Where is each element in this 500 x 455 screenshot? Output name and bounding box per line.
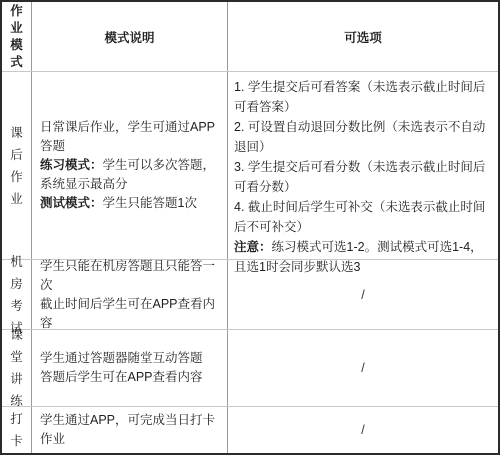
homework-mode-table: 作业模式 模式说明 可选项 课后作业 日常课后作业，学生可通过APP答题 练习模…	[0, 0, 500, 455]
option-item-4: 4. 截止时间后学生可补交（未选表示截止时间后不可补交）	[234, 197, 494, 237]
practice-mode-label: 练习模式：	[40, 158, 103, 172]
row-description-cell: 学生通过答题器随堂互动答题 答题后学生可在APP查看内容	[32, 330, 228, 406]
row-label: 课后作业	[9, 122, 24, 210]
option-item-1: 1. 学生提交后可看答案（未选表示截止时间后可看答案）	[234, 77, 494, 117]
description-test-mode: 测试模式：学生只能答题1次	[40, 194, 223, 213]
table-header-row: 作业模式 模式说明 可选项	[2, 2, 498, 72]
row-label-cell: 打卡	[2, 407, 32, 453]
options-placeholder: /	[361, 423, 364, 437]
description-line: 答题后学生可在APP查看内容	[40, 368, 223, 387]
options-placeholder: /	[361, 288, 364, 302]
row-description-cell: 学生只能在机房答题且只能答一次 截止时间后学生可在APP查看内容	[32, 260, 228, 329]
header-cell-options: 可选项	[228, 2, 498, 71]
option-item-2: 2. 可设置自动退回分数比例（未选表示不自动退回）	[234, 117, 494, 157]
options-placeholder: /	[361, 361, 364, 375]
header-cell-description: 模式说明	[32, 2, 228, 71]
table-row-after-class-homework: 课后作业 日常课后作业，学生可通过APP答题 练习模式：学生可以多次答题，系统显…	[2, 72, 498, 260]
table-row-classroom-practice: 课堂讲练 学生通过答题器随堂互动答题 答题后学生可在APP查看内容 /	[2, 330, 498, 407]
description-practice-mode: 练习模式：学生可以多次答题，系统显示最高分	[40, 156, 223, 194]
test-mode-text: 学生只能答题1次	[103, 196, 197, 210]
test-mode-label: 测试模式：	[40, 196, 103, 210]
row-description-cell: 学生通过APP，可完成当日打卡作业	[32, 407, 228, 453]
option-item-3: 3. 学生提交后可看分数（未选表示截止时间后可看分数）	[234, 157, 494, 197]
row-label-cell: 课堂讲练	[2, 330, 32, 406]
description-intro: 日常课后作业，学生可通过APP答题	[40, 118, 223, 156]
row-options-cell: /	[228, 330, 498, 406]
description-line: 学生通过答题器随堂互动答题	[40, 349, 223, 368]
table-row-check-in: 打卡 学生通过APP，可完成当日打卡作业 /	[2, 407, 498, 453]
row-label: 课堂讲练	[9, 324, 24, 412]
row-label: 打卡	[9, 408, 24, 452]
row-label-cell: 课后作业	[2, 72, 32, 259]
row-options-cell: /	[228, 260, 498, 329]
row-label-cell: 机房考试	[2, 260, 32, 329]
header-mode-label: 作业模式	[9, 3, 24, 71]
header-options-label: 可选项	[344, 28, 382, 46]
table-row-lab-exam: 机房考试 学生只能在机房答题且只能答一次 截止时间后学生可在APP查看内容 /	[2, 260, 498, 330]
description-line: 截止时间后学生可在APP查看内容	[40, 295, 223, 333]
description-line: 学生通过APP，可完成当日打卡作业	[40, 411, 223, 449]
note-label: 注意：	[234, 240, 272, 254]
header-description-label: 模式说明	[104, 28, 154, 46]
row-description-cell: 日常课后作业，学生可通过APP答题 练习模式：学生可以多次答题，系统显示最高分 …	[32, 72, 228, 259]
description-line: 学生只能在机房答题且只能答一次	[40, 257, 223, 295]
row-options-cell: /	[228, 407, 498, 453]
header-cell-mode: 作业模式	[2, 2, 32, 71]
row-options-cell: 1. 学生提交后可看答案（未选表示截止时间后可看答案） 2. 可设置自动退回分数…	[228, 72, 498, 259]
